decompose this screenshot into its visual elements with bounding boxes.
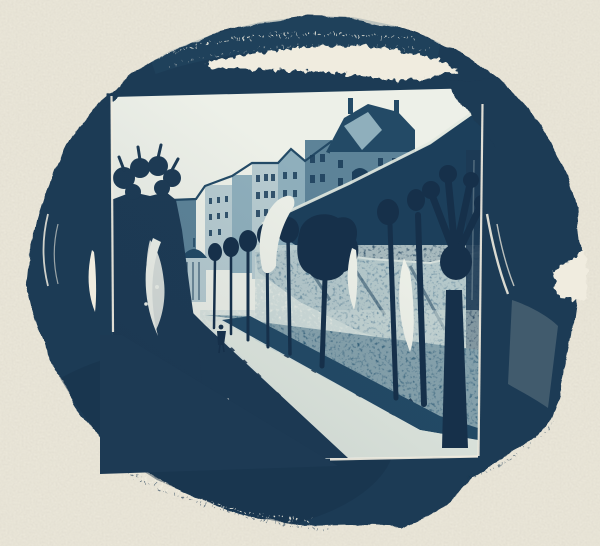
- cyanotype-artwork: [0, 0, 600, 546]
- photo-border-left: [112, 96, 114, 332]
- artwork-svg: [0, 0, 600, 546]
